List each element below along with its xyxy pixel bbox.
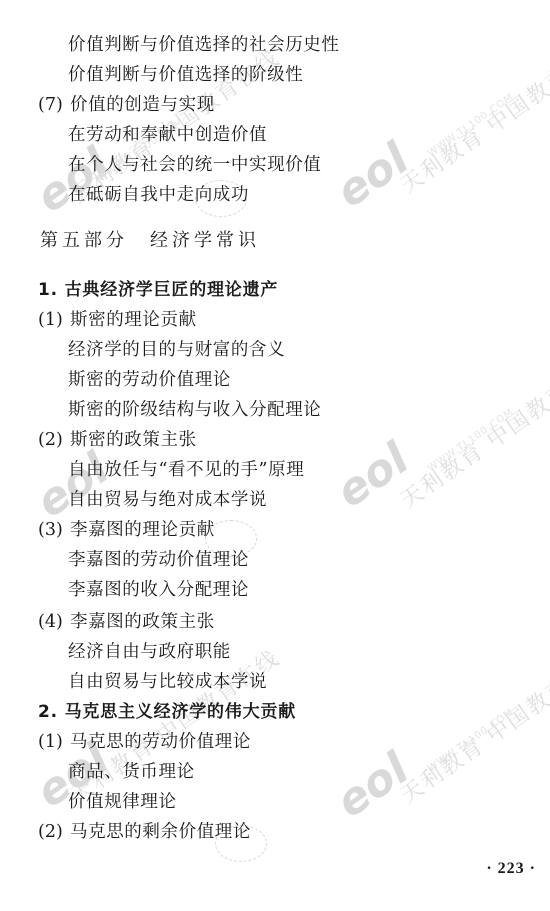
list-item: 在砥砺自我中走向成功 [68, 184, 249, 206]
list-item: 价值判断与价值选择的社会历史性 [68, 34, 340, 56]
watermark-text: 天利教育 中国教育在线 [394, 31, 550, 199]
watermark-url: WWW.TL100.COM [426, 407, 516, 475]
list-item: 经济学的目的与财富的含义 [68, 339, 285, 361]
item-number: (3) [38, 519, 70, 541]
item-number: (2) [38, 821, 70, 843]
list-item: 价值规律理论 [68, 791, 177, 813]
list-heading: (4)李嘉图的政策主张 [38, 611, 215, 633]
item-text: 李嘉图的理论贡献 [70, 520, 215, 540]
item-text: 斯密的理论贡献 [70, 310, 197, 330]
list-item: 李嘉图的收入分配理论 [68, 579, 249, 601]
list-item: 自由放任与“看不见的手”原理 [68, 459, 304, 481]
list-heading: (1)马克思的劳动价值理论 [38, 731, 251, 753]
list-item: 李嘉图的劳动价值理论 [68, 549, 249, 571]
list-item: 斯密的阶级结构与收入分配理论 [68, 399, 321, 421]
eol-logo-icon: eol [27, 138, 118, 223]
chapter-heading: 1. 古典经济学巨匠的理论遗产 [38, 279, 278, 301]
list-heading: (2)马克思的剩余价值理论 [38, 821, 251, 843]
item-text: 价值的创造与实现 [70, 95, 215, 115]
list-heading: (2)斯密的政策主张 [38, 429, 197, 451]
item-text: 马克思的劳动价值理论 [70, 732, 251, 752]
item-number: (1) [38, 731, 70, 753]
watermark-url: WWW.TL100.COM [426, 92, 516, 160]
list-item: 在个人与社会的统一中实现价值 [68, 154, 321, 176]
list-item: 价值判断与价值选择的阶级性 [68, 64, 303, 86]
item-text: 李嘉图的政策主张 [70, 612, 215, 632]
item-text: 马克思的剩余价值理论 [70, 822, 251, 842]
item-text: 斯密的政策主张 [70, 430, 197, 450]
page-number: · 223 · [486, 860, 536, 878]
item-number: (2) [38, 429, 70, 451]
watermark-text: 天利教育 中国教育在线 [394, 346, 550, 514]
list-heading: (7)价值的创造与实现 [38, 94, 215, 116]
watermark-text: 天利教育 中国教育在线 [394, 641, 550, 809]
list-item: 自由贸易与比较成本学说 [68, 671, 267, 693]
list-item: 在劳动和奉献中创造价值 [68, 124, 267, 146]
watermark-url: WWW.TL100.COM [426, 707, 516, 775]
section-title: 第五部分 经济学常识 [40, 230, 260, 252]
list-heading: (1)斯密的理论贡献 [38, 309, 197, 331]
eol-logo-icon: eol [327, 433, 418, 518]
watermark-text: 天利教育 中国教育在线 [64, 641, 286, 809]
eol-logo-icon: eol [27, 443, 118, 528]
eol-logo-icon: eol [327, 133, 418, 218]
chapter-heading: 2. 马克思主义经济学的伟大贡献 [38, 701, 296, 723]
eol-logo-icon: eol [327, 743, 418, 828]
document-page: eol 天利教育 中国教育在线 WWW.TL100.COM eol 天利教育 中… [0, 0, 550, 911]
list-item: 斯密的劳动价值理论 [68, 369, 231, 391]
item-number: (4) [38, 611, 70, 633]
list-item: 商品、货币理论 [68, 761, 195, 783]
item-number: (7) [38, 94, 70, 116]
list-item: 经济自由与政府职能 [68, 641, 231, 663]
item-number: (1) [38, 309, 70, 331]
list-heading: (3)李嘉图的理论贡献 [38, 519, 215, 541]
list-item: 自由贸易与绝对成本学说 [68, 489, 267, 511]
